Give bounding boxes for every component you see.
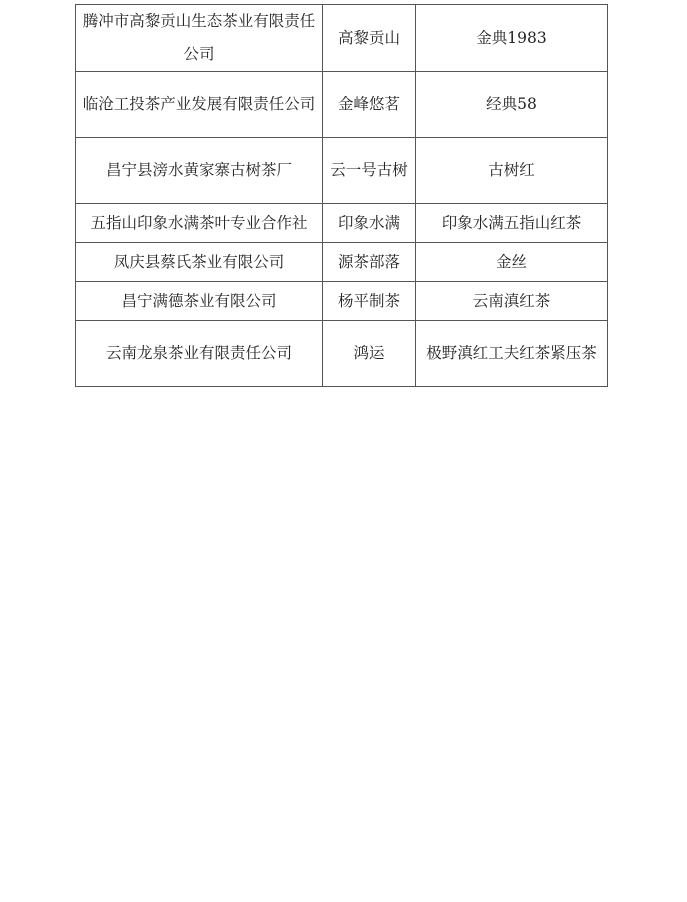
company-cell: 凤庆县蔡氏茶业有限公司 (76, 243, 323, 282)
company-cell: 腾冲市高黎贡山生态茶业有限责任公司 (76, 5, 323, 72)
brand-cell: 印象水满 (323, 204, 416, 243)
product-cell: 经典58 (416, 72, 608, 138)
product-cell: 印象水满五指山红茶 (416, 204, 608, 243)
product-cell: 极野滇红工夫红茶紧压茶 (416, 321, 608, 387)
tea-products-table: 腾冲市高黎贡山生态茶业有限责任公司 高黎贡山 金典1983 临沧工投茶产业发展有… (75, 4, 608, 387)
table-row: 云南龙泉茶业有限责任公司 鸿运 极野滇红工夫红茶紧压茶 (76, 321, 608, 387)
brand-cell: 杨平制茶 (323, 282, 416, 321)
table-row: 五指山印象水满茶叶专业合作社 印象水满 印象水满五指山红茶 (76, 204, 608, 243)
table-row: 临沧工投茶产业发展有限责任公司 金峰悠茗 经典58 (76, 72, 608, 138)
product-cell: 古树红 (416, 138, 608, 204)
company-cell: 五指山印象水满茶叶专业合作社 (76, 204, 323, 243)
company-cell: 昌宁满德茶业有限公司 (76, 282, 323, 321)
brand-cell: 金峰悠茗 (323, 72, 416, 138)
company-cell: 昌宁县滂水黄家寨古树茶厂 (76, 138, 323, 204)
product-cell: 金典1983 (416, 5, 608, 72)
company-cell: 云南龙泉茶业有限责任公司 (76, 321, 323, 387)
table-row: 昌宁满德茶业有限公司 杨平制茶 云南滇红茶 (76, 282, 608, 321)
table-row: 凤庆县蔡氏茶业有限公司 源茶部落 金丝 (76, 243, 608, 282)
company-cell: 临沧工投茶产业发展有限责任公司 (76, 72, 323, 138)
brand-cell: 源茶部落 (323, 243, 416, 282)
product-cell: 云南滇红茶 (416, 282, 608, 321)
brand-cell: 鸿运 (323, 321, 416, 387)
brand-cell: 高黎贡山 (323, 5, 416, 72)
table-row: 昌宁县滂水黄家寨古树茶厂 云一号古树 古树红 (76, 138, 608, 204)
brand-cell: 云一号古树 (323, 138, 416, 204)
table-row: 腾冲市高黎贡山生态茶业有限责任公司 高黎贡山 金典1983 (76, 5, 608, 72)
product-cell: 金丝 (416, 243, 608, 282)
